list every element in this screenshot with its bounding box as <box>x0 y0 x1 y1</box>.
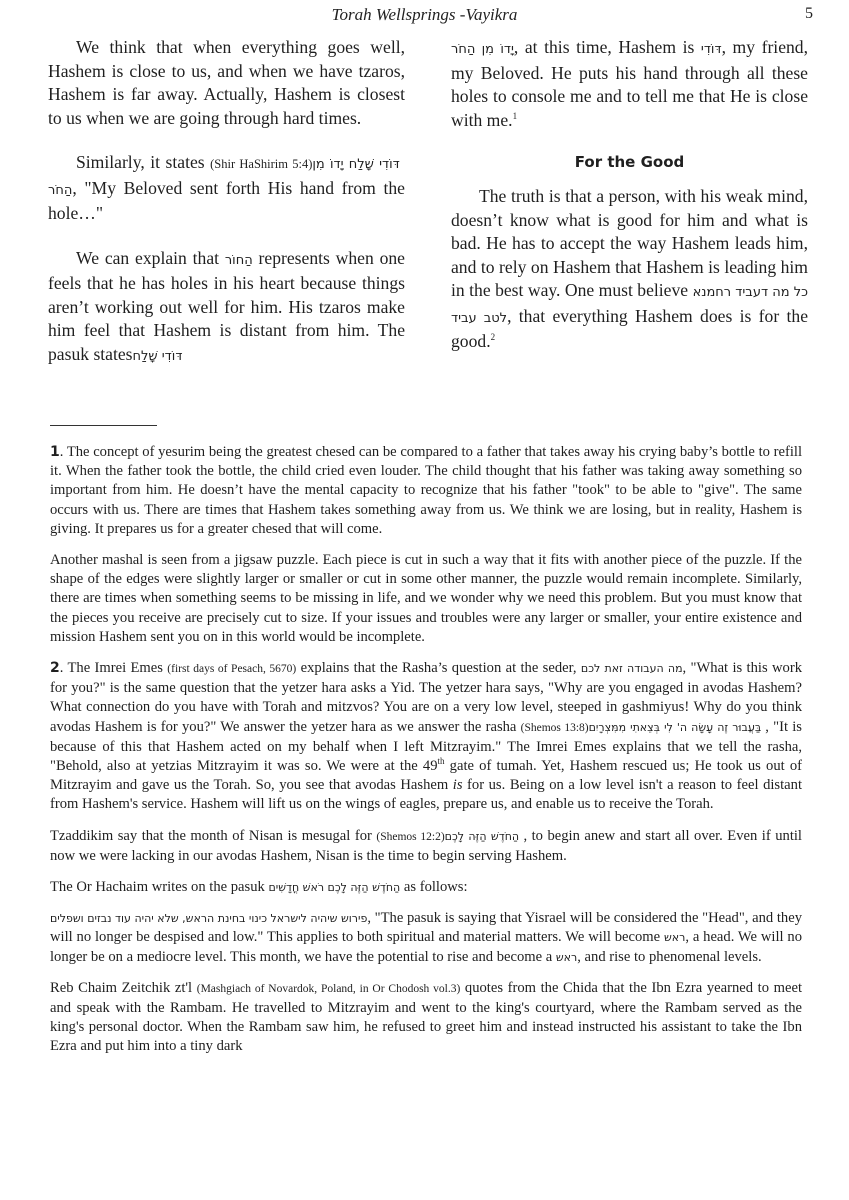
footnote-2-paragraph: Reb Chaim Zeitchik zt'l (Mashgiach of No… <box>50 979 802 1057</box>
text: We can explain that <box>76 248 225 268</box>
emphasis: is <box>453 777 463 793</box>
citation: (Shir HaShirim 5:4) <box>210 157 312 171</box>
left-column: We think that when everything goes well,… <box>48 36 405 389</box>
hebrew-quote: הַחֹדֶשׁ הַזֶּה לָכֶם רֹאשׁ חֳדָשִׁים <box>268 881 400 894</box>
text: . The concept of yesurim being the great… <box>50 444 802 537</box>
hebrew-word: ראש <box>556 951 577 964</box>
text: The Or Hachaim writes on the pasuk <box>50 879 268 895</box>
paragraph: We can explain that הַחוֹר represents wh… <box>48 247 405 369</box>
footnote-2-paragraph: The Or Hachaim writes on the pasuk הַחֹד… <box>50 878 802 897</box>
text: Tzaddikim say that the month of Nisan is… <box>50 828 376 844</box>
footnote-2: 2. The Imrei Emes (first days of Pesach,… <box>50 659 802 815</box>
citation: (Shemos 13:8) <box>521 722 589 734</box>
footnote-2-paragraph: Tzaddikim say that the month of Nisan is… <box>50 827 802 866</box>
hebrew-word: הַחוֹר <box>225 253 253 268</box>
footnote-ref-2[interactable]: 2 <box>491 332 496 342</box>
hebrew-quote: פירוש שיהיה לישראל כינוי בחינת הראש, שלא… <box>50 912 367 925</box>
hebrew-quote: מה העבודה זאת לכם <box>581 662 683 675</box>
main-text-columns: We think that when everything goes well,… <box>48 36 808 389</box>
hebrew-word: ראש <box>664 931 685 944</box>
text: The truth is that a person, with his wea… <box>451 186 808 300</box>
footnotes: 1. The concept of yesurim being the grea… <box>50 443 802 1069</box>
paragraph: יָדוֹ מִן הַחֹר, at this time, Hashem is… <box>451 36 808 132</box>
running-title: Torah Wellsprings -Vayikra <box>0 5 849 25</box>
citation: (Mashgiach of Novardok, Poland, in Or Ch… <box>197 983 461 995</box>
footnote-ref-1[interactable]: 1 <box>513 111 518 121</box>
right-column: יָדוֹ מִן הַחֹר, at this time, Hashem is… <box>451 36 808 389</box>
hebrew-quote: יָדוֹ מִן הַחֹר <box>451 42 514 57</box>
hebrew-word: דּוֹדִי <box>701 42 722 57</box>
page-header: Torah Wellsprings -Vayikra 5 <box>0 5 849 29</box>
footnote-number: 2 <box>50 660 60 676</box>
hebrew-quote: דּוֹדִי שָׁלַח <box>133 349 183 364</box>
paragraph: The truth is that a person, with his wea… <box>451 185 808 354</box>
text: Similarly, it states <box>76 152 210 172</box>
page-number: 5 <box>805 5 813 23</box>
text: , at this time, Hashem is <box>514 37 701 57</box>
ordinal-suffix: th <box>438 756 445 766</box>
hebrew-quote: הַחֹדֶשׁ הַזֶּה לָכֶם <box>445 830 524 843</box>
text: as follows: <box>400 879 467 895</box>
footnote-1-paragraph: Another mashal is seen from a jigsaw puz… <box>50 551 802 647</box>
footnote-2-paragraph: פירוש שיהיה לישראל כינוי בחינת הראש, שלא… <box>50 909 802 967</box>
text: , and rise to phenomenal levels. <box>577 949 761 965</box>
text: Reb Chaim Zeitchik zt'l <box>50 980 197 996</box>
footnote-separator <box>50 425 157 426</box>
section-heading: For the Good <box>451 153 808 171</box>
text: . The Imrei Emes <box>60 660 168 676</box>
footnote-1: 1. The concept of yesurim being the grea… <box>50 443 802 539</box>
paragraph: Similarly, it states (Shir HaShirim 5:4)… <box>48 151 405 226</box>
citation: (Shemos 12:2) <box>376 831 444 843</box>
citation: (first days of Pesach, 5670) <box>167 663 296 675</box>
hebrew-quote: בַּעֲבוּר זֶה עָשָׂה ה' לִי בְּצֵאתִי מִ… <box>589 721 766 734</box>
footnote-number: 1 <box>50 444 60 460</box>
text: , "My Beloved sent forth His hand from t… <box>48 178 405 224</box>
paragraph: We think that when everything goes well,… <box>48 36 405 130</box>
text: explains that the Rasha’s question at th… <box>296 660 581 676</box>
